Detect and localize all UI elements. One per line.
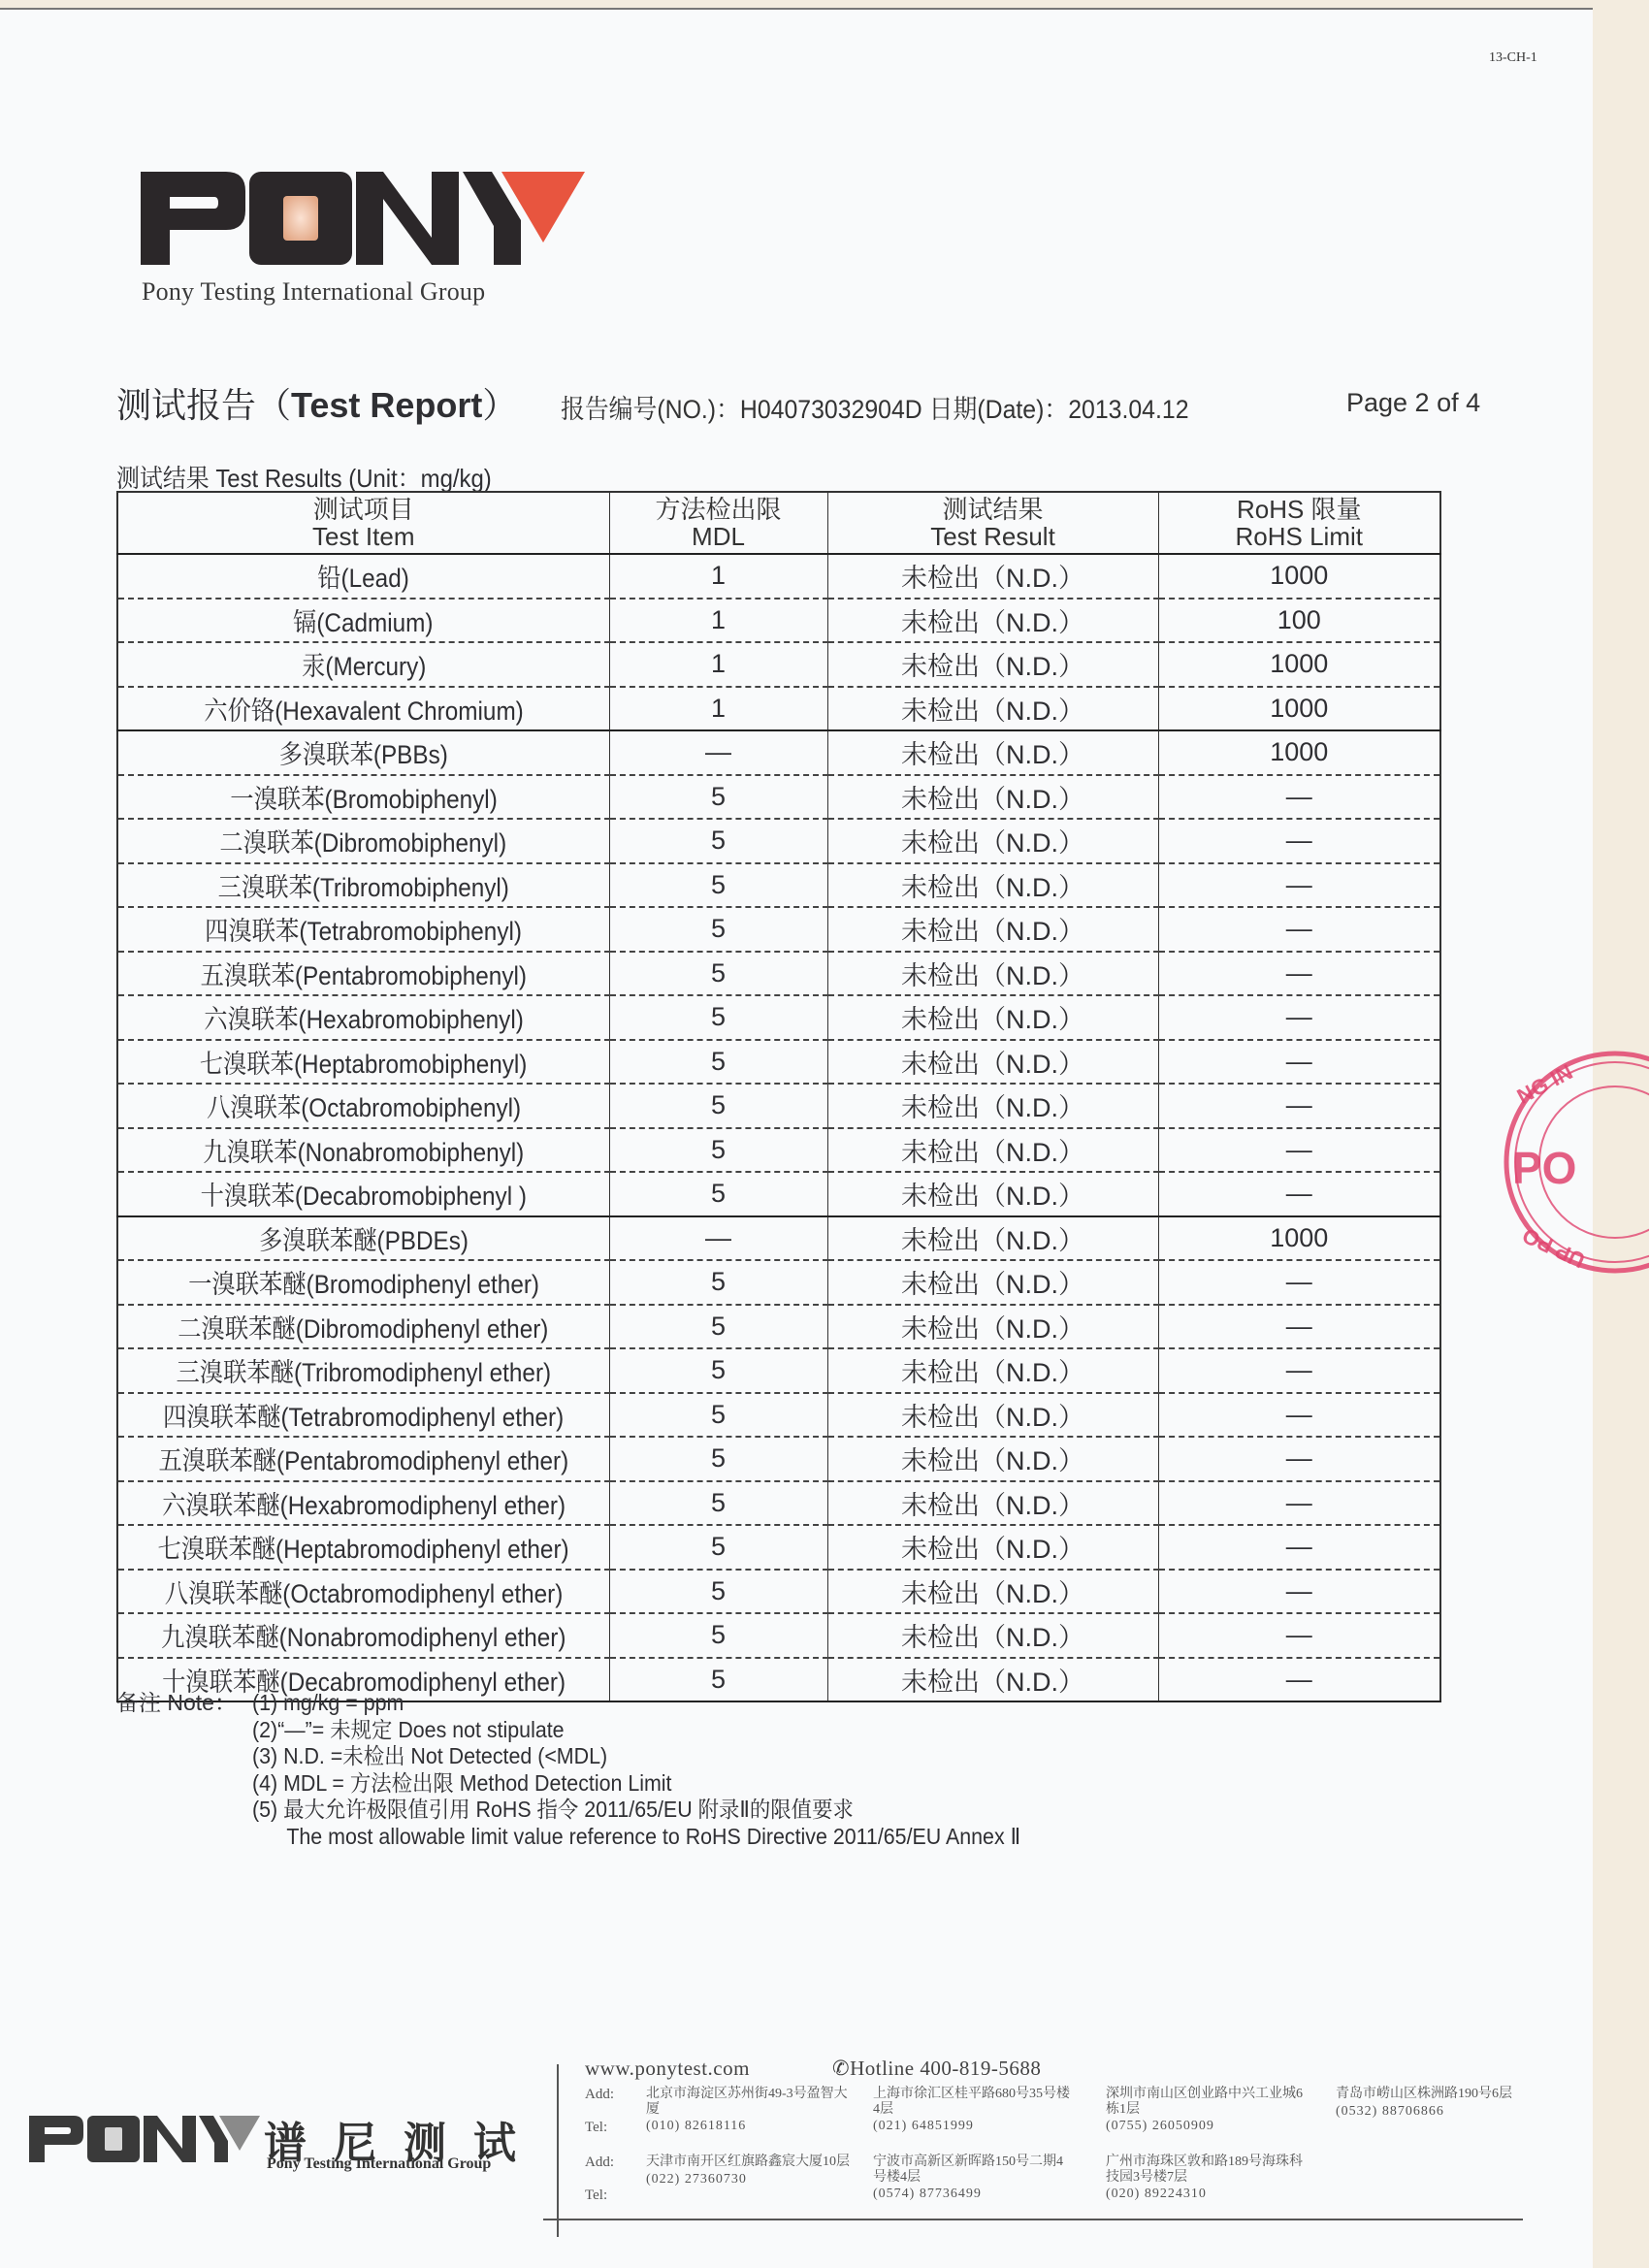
rohs-limit-cell: —: [1158, 1128, 1440, 1173]
table-row: 一溴联苯醚(Bromodiphenyl ether)5未检出（N.D.）—: [117, 1260, 1440, 1305]
column-header: 测试项目Test Item: [117, 492, 609, 554]
footer-hotline: ✆Hotline 400-819-5688: [832, 2057, 1041, 2081]
note-item-en: The most allowable limit value reference…: [252, 1824, 1020, 1851]
test-result-cell: 未检出（N.D.）: [827, 1084, 1158, 1128]
pony-logo-icon: [141, 170, 587, 267]
test-item-cell: 四溴联苯醚(Tetrabromodiphenyl ether): [117, 1393, 609, 1438]
rohs-limit-cell: —: [1158, 1437, 1440, 1481]
test-result-cell: 未检出（N.D.）: [827, 730, 1158, 775]
test-result-cell: 未检出（N.D.）: [827, 642, 1158, 687]
office-qingdao: 青岛市崂山区株洲路190号6层 (0532) 88706866: [1336, 2087, 1530, 2119]
note-item: (5) 最大允许极限值引用 RoHS 指令 2011/65/EU 附录Ⅱ的限值要…: [252, 1797, 1020, 1824]
office-tianjin: 天津市南开区红旗路鑫宸大厦10层 (022) 27360730: [646, 2155, 850, 2187]
mdl-cell: 5: [609, 1260, 827, 1305]
rohs-limit-cell: —: [1158, 995, 1440, 1040]
test-result-cell: 未检出（N.D.）: [827, 819, 1158, 863]
rohs-limit-cell: —: [1158, 1393, 1440, 1438]
report-meta: 报告编号(NO.)：H04073032904D 日期(Date)：2013.04…: [561, 388, 1189, 426]
notes-list: (1) mg/kg = ppm (2)“—”= 未规定 Does not sti…: [252, 1690, 1079, 1850]
test-result-cell: 未检出（N.D.）: [827, 1040, 1158, 1085]
test-item-cell: 二溴联苯醚(Dibromodiphenyl ether): [117, 1305, 609, 1349]
rohs-limit-cell: —: [1158, 1305, 1440, 1349]
test-item-cell: 镉(Cadmium): [117, 599, 609, 643]
office-shanghai: 上海市徐汇区桂平路680号35号楼4层 (021) 64851999: [873, 2087, 1072, 2134]
test-result-cell: 未检出（N.D.）: [827, 1260, 1158, 1305]
footer-website-link[interactable]: www.ponytest.com: [585, 2057, 750, 2081]
test-result-cell: 未检出（N.D.）: [827, 599, 1158, 643]
footer-pony-logo-icon: [29, 2110, 262, 2168]
test-item-cell: 六溴联苯(Hexabromobiphenyl): [117, 995, 609, 1040]
test-item-cell: 四溴联苯(Tetrabromobiphenyl): [117, 907, 609, 952]
table-row: 铅(Lead)1未检出（N.D.）1000: [117, 554, 1440, 599]
results-table: 测试项目Test Item方法检出限MDL测试结果Test ResultRoHS…: [116, 491, 1441, 1702]
test-result-cell: 未检出（N.D.）: [827, 1570, 1158, 1614]
mdl-cell: 1: [609, 554, 827, 599]
test-result-cell: 未检出（N.D.）: [827, 952, 1158, 996]
test-item-cell: 汞(Mercury): [117, 642, 609, 687]
results-header-row: 测试项目Test Item方法检出限MDL测试结果Test ResultRoHS…: [117, 492, 1440, 554]
test-result-cell: 未检出（N.D.）: [827, 907, 1158, 952]
report-page: 13-CH-1 Pony Testing International Group…: [0, 8, 1593, 2268]
column-header: 方法检出限MDL: [609, 492, 827, 554]
mdl-cell: 5: [609, 1570, 827, 1614]
rohs-limit-cell: 1000: [1158, 642, 1440, 687]
table-row: 六溴联苯(Hexabromobiphenyl)5未检出（N.D.）—: [117, 995, 1440, 1040]
footer-divider: [557, 2064, 559, 2237]
table-row: 十溴联苯(Decabromobiphenyl )5未检出（N.D.）—: [117, 1172, 1440, 1216]
test-item-cell: 六价铬(Hexavalent Chromium): [117, 687, 609, 731]
test-item-cell: 六溴联苯醚(Hexabromodiphenyl ether): [117, 1481, 609, 1526]
note-item: (4) MDL = 方法检出限 Method Detection Limit: [252, 1770, 1020, 1798]
table-row: 二溴联苯醚(Dibromodiphenyl ether)5未检出（N.D.）—: [117, 1305, 1440, 1349]
test-item-cell: 三溴联苯(Tribromobiphenyl): [117, 863, 609, 908]
rohs-limit-cell: —: [1158, 1658, 1440, 1702]
office-guangzhou: 广州市海珠区敦和路189号海珠科技园3号楼7层 (020) 89224310: [1106, 2155, 1305, 2202]
mdl-cell: 5: [609, 819, 827, 863]
mdl-cell: 5: [609, 1128, 827, 1173]
test-result-cell: 未检出（N.D.）: [827, 687, 1158, 731]
test-result-cell: 未检出（N.D.）: [827, 1172, 1158, 1216]
test-item-cell: 七溴联苯(Heptabromobiphenyl): [117, 1040, 609, 1085]
mdl-cell: 5: [609, 1437, 827, 1481]
table-row: 多溴联苯(PBBs)—未检出（N.D.）1000: [117, 730, 1440, 775]
rohs-limit-cell: —: [1158, 1481, 1440, 1526]
mdl-cell: 5: [609, 1172, 827, 1216]
mdl-cell: —: [609, 1216, 827, 1261]
table-row: 七溴联苯(Heptabromobiphenyl)5未检出（N.D.）—: [117, 1040, 1440, 1085]
results-section-label: 测试结果 Test Results (Unit：mg/kg): [116, 459, 492, 495]
note-item: (2)“—”= 未规定 Does not stipulate: [252, 1717, 1020, 1744]
test-item-cell: 五溴联苯醚(Pentabromodiphenyl ether): [117, 1437, 609, 1481]
test-result-cell: 未检出（N.D.）: [827, 863, 1158, 908]
table-row: 四溴联苯(Tetrabromobiphenyl)5未检出（N.D.）—: [117, 907, 1440, 952]
rohs-limit-cell: —: [1158, 1348, 1440, 1393]
test-result-cell: 未检出（N.D.）: [827, 1525, 1158, 1570]
table-row: 六价铬(Hexavalent Chromium)1未检出（N.D.）1000: [117, 687, 1440, 731]
test-result-cell: 未检出（N.D.）: [827, 1128, 1158, 1173]
test-item-cell: 五溴联苯(Pentabromobiphenyl): [117, 952, 609, 996]
mdl-cell: 5: [609, 1040, 827, 1085]
company-seal-icon: NG IN PO UP PO: [1499, 1046, 1649, 1279]
rohs-limit-cell: 100: [1158, 599, 1440, 643]
mdl-cell: 1: [609, 642, 827, 687]
test-result-cell: 未检出（N.D.）: [827, 1393, 1158, 1438]
rohs-limit-cell: 1000: [1158, 730, 1440, 775]
table-row: 八溴联苯(Octabromobiphenyl)5未检出（N.D.）—: [117, 1084, 1440, 1128]
rohs-limit-cell: 1000: [1158, 554, 1440, 599]
test-result-cell: 未检出（N.D.）: [827, 995, 1158, 1040]
test-item-cell: 九溴联苯醚(Nonabromodiphenyl ether): [117, 1613, 609, 1658]
report-no-label: 报告编号(NO.)：: [561, 395, 740, 424]
rohs-limit-cell: —: [1158, 1040, 1440, 1085]
svg-text:PO: PO: [1512, 1143, 1576, 1193]
table-row: 镉(Cadmium)1未检出（N.D.）100: [117, 599, 1440, 643]
rohs-limit-cell: —: [1158, 1172, 1440, 1216]
office-ningbo: 宁波市高新区新晖路150号二期4号楼4层 (0574) 87736499: [873, 2155, 1072, 2202]
table-row: 五溴联苯(Pentabromobiphenyl)5未检出（N.D.）—: [117, 952, 1440, 996]
test-result-cell: 未检出（N.D.）: [827, 1437, 1158, 1481]
note-item: (1) mg/kg = ppm: [252, 1690, 1020, 1717]
table-row: 三溴联苯(Tribromobiphenyl)5未检出（N.D.）—: [117, 863, 1440, 908]
table-row: 一溴联苯(Bromobiphenyl)5未检出（N.D.）—: [117, 775, 1440, 820]
tel-label: Tel:: [585, 2187, 607, 2204]
test-item-cell: 一溴联苯(Bromobiphenyl): [117, 775, 609, 820]
add-label: Add:: [585, 2087, 614, 2103]
mdl-cell: —: [609, 730, 827, 775]
rohs-limit-cell: —: [1158, 775, 1440, 820]
office-beijing: 北京市海淀区苏州街49-3号盈智大厦 (010) 82618116: [646, 2087, 850, 2134]
table-row: 九溴联苯(Nonabromobiphenyl)5未检出（N.D.）—: [117, 1128, 1440, 1173]
table-row: 九溴联苯醚(Nonabromodiphenyl ether)5未检出（N.D.）…: [117, 1613, 1440, 1658]
test-item-cell: 八溴联苯(Octabromobiphenyl): [117, 1084, 609, 1128]
note-item: (3) N.D. =未检出 Not Detected (<MDL): [252, 1743, 1020, 1770]
table-row: 二溴联苯(Dibromobiphenyl)5未检出（N.D.）—: [117, 819, 1440, 863]
rohs-limit-cell: —: [1158, 863, 1440, 908]
footer-bottom-rule: [543, 2219, 1523, 2220]
mdl-cell: 5: [609, 775, 827, 820]
test-result-cell: 未检出（N.D.）: [827, 554, 1158, 599]
mdl-cell: 5: [609, 1305, 827, 1349]
tel-label: Tel:: [585, 2120, 607, 2136]
footer-company-name-en: Pony Testing International Group: [267, 2155, 491, 2173]
rohs-limit-cell: —: [1158, 1260, 1440, 1305]
add-label: Add:: [585, 2155, 614, 2171]
mdl-cell: 1: [609, 599, 827, 643]
report-no: H04073032904D: [740, 395, 922, 424]
test-item-cell: 三溴联苯醚(Tribromodiphenyl ether): [117, 1348, 609, 1393]
table-row: 六溴联苯醚(Hexabromodiphenyl ether)5未检出（N.D.）…: [117, 1481, 1440, 1526]
column-header: 测试结果Test Result: [827, 492, 1158, 554]
test-result-cell: 未检出（N.D.）: [827, 1348, 1158, 1393]
test-result-cell: 未检出（N.D.）: [827, 1305, 1158, 1349]
mdl-cell: 5: [609, 995, 827, 1040]
rohs-limit-cell: —: [1158, 1570, 1440, 1614]
mdl-cell: 5: [609, 1613, 827, 1658]
rohs-limit-cell: —: [1158, 1525, 1440, 1570]
rohs-limit-cell: —: [1158, 1084, 1440, 1128]
mdl-cell: 5: [609, 863, 827, 908]
report-title-row: 测试报告（Test Report） 报告编号(NO.)：H04073032904…: [116, 378, 1494, 427]
date-label: 日期(Date)：: [929, 395, 1069, 424]
test-item-cell: 七溴联苯醚(Heptabromodiphenyl ether): [117, 1525, 609, 1570]
test-result-cell: 未检出（N.D.）: [827, 1216, 1158, 1261]
table-row: 五溴联苯醚(Pentabromodiphenyl ether)5未检出（N.D.…: [117, 1437, 1440, 1481]
rohs-limit-cell: —: [1158, 1613, 1440, 1658]
test-item-cell: 八溴联苯醚(Octabromodiphenyl ether): [117, 1570, 609, 1614]
test-item-cell: 多溴联苯(PBBs): [117, 730, 609, 775]
notes-label: 备注 Note：: [116, 1690, 237, 1717]
test-item-cell: 一溴联苯醚(Bromodiphenyl ether): [117, 1260, 609, 1305]
table-row: 三溴联苯醚(Tribromodiphenyl ether)5未检出（N.D.）—: [117, 1348, 1440, 1393]
rohs-limit-cell: —: [1158, 907, 1440, 952]
svg-text:UP PO: UP PO: [1519, 1223, 1589, 1273]
column-header: RoHS 限量RoHS Limit: [1158, 492, 1440, 554]
mdl-cell: 5: [609, 1481, 827, 1526]
rohs-limit-cell: —: [1158, 952, 1440, 996]
office-shenzhen: 深圳市南山区创业路中兴工业城6栋1层 (0755) 26050909: [1106, 2087, 1305, 2134]
test-item-cell: 二溴联苯(Dibromobiphenyl): [117, 819, 609, 863]
rohs-limit-cell: —: [1158, 819, 1440, 863]
table-row: 八溴联苯醚(Octabromodiphenyl ether)5未检出（N.D.）…: [117, 1570, 1440, 1614]
mdl-cell: 5: [609, 1084, 827, 1128]
page-indicator: Page 2 of 4: [1346, 388, 1480, 418]
mdl-cell: 1: [609, 687, 827, 731]
report-date: 2013.04.12: [1068, 395, 1188, 424]
company-tagline: Pony Testing International Group: [142, 277, 485, 307]
table-row: 多溴联苯醚(PBDEs)—未检出（N.D.）1000: [117, 1216, 1440, 1261]
mdl-cell: 5: [609, 1525, 827, 1570]
document-code: 13-CH-1: [1489, 50, 1537, 66]
rohs-limit-cell: 1000: [1158, 1216, 1440, 1261]
table-row: 四溴联苯醚(Tetrabromodiphenyl ether)5未检出（N.D.…: [117, 1393, 1440, 1438]
report-title: 测试报告（Test Report）: [116, 378, 517, 428]
mdl-cell: 5: [609, 952, 827, 996]
mdl-cell: 5: [609, 907, 827, 952]
test-item-cell: 铅(Lead): [117, 554, 609, 599]
table-row: 汞(Mercury)1未检出（N.D.）1000: [117, 642, 1440, 687]
test-item-cell: 十溴联苯(Decabromobiphenyl ): [117, 1172, 609, 1216]
test-item-cell: 多溴联苯醚(PBDEs): [117, 1216, 609, 1261]
test-result-cell: 未检出（N.D.）: [827, 1613, 1158, 1658]
svg-text:NG IN: NG IN: [1513, 1059, 1577, 1109]
test-result-cell: 未检出（N.D.）: [827, 1481, 1158, 1526]
mdl-cell: 5: [609, 1348, 827, 1393]
rohs-limit-cell: 1000: [1158, 687, 1440, 731]
mdl-cell: 5: [609, 1393, 827, 1438]
test-result-cell: 未检出（N.D.）: [827, 775, 1158, 820]
table-row: 七溴联苯醚(Heptabromodiphenyl ether)5未检出（N.D.…: [117, 1525, 1440, 1570]
test-item-cell: 九溴联苯(Nonabromobiphenyl): [117, 1128, 609, 1173]
